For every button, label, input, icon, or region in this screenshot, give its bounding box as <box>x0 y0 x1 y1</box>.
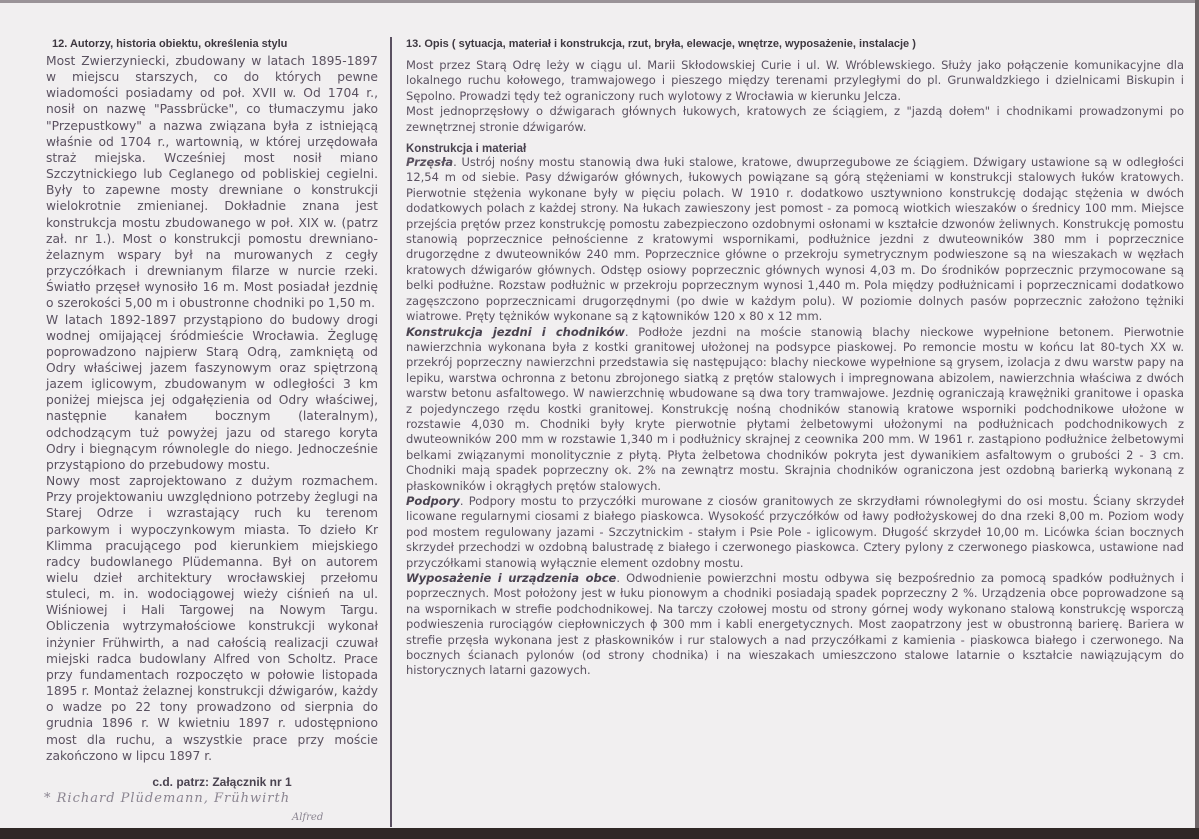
history-paragraph: Nowy most zaprojektowano z dużym rozmach… <box>46 473 378 764</box>
history-section: 12. Autorzy, historia obiektu, określeni… <box>46 38 378 806</box>
section-spans: Przęsła. Ustrój nośny mostu stanowią dwa… <box>406 155 1184 324</box>
construction-subheading: Konstrukcja i materiał <box>406 143 1184 155</box>
section-lead: Wyposażenie i urządzenia obce <box>406 571 616 585</box>
section-text: . Ustrój nośny mostu stanowią dwa łuki s… <box>406 155 1184 323</box>
section-supports: Podpory. Podpory mostu to przyczółki mur… <box>406 494 1184 571</box>
history-heading: 12. Autorzy, historia obiektu, określeni… <box>52 38 378 50</box>
section-roadway: Konstrukcja jezdni i chodników. Podłoże … <box>406 325 1184 494</box>
card-right-edge <box>1195 0 1199 828</box>
column-divider <box>390 37 392 827</box>
intro-paragraph: Most przez Starą Odrę leży w ciągu ul. M… <box>406 58 1184 104</box>
section-lead: Przęsła <box>406 155 453 169</box>
card-top-edge <box>0 0 1199 3</box>
history-paragraph: W latach 1892-1897 przystąpiono do budow… <box>46 312 378 474</box>
intro-paragraph: Most jednoprzęsłowy o dźwigarach głównyc… <box>406 104 1184 135</box>
section-lead: Podpory <box>406 494 460 508</box>
description-section: 13. Opis ( sytuacja, materiał i konstruk… <box>406 38 1184 679</box>
handwritten-note: * Richard Plüdemann, Frühwirth <box>44 791 378 806</box>
description-heading: 13. Opis ( sytuacja, materiał i konstruk… <box>406 38 1184 50</box>
section-equipment: Wyposażenie i urządzenia obce. Odwodnien… <box>406 571 1184 679</box>
history-paragraph: Most Zwierzyniecki, zbudowany w latach 1… <box>46 53 378 312</box>
section-text: . Podłoże jezdni na moście stanowią blac… <box>406 325 1184 493</box>
section-lead: Konstrukcja jezdni i chodników <box>406 325 625 339</box>
handwritten-note-2: Alfred <box>292 812 323 823</box>
continuation-note: c.d. patrz: Załącznik nr 1 <box>66 775 378 789</box>
section-text: . Odwodnienie powierzchni mostu odbywa s… <box>406 571 1184 677</box>
record-card: 12. Autorzy, historia obiektu, określeni… <box>0 0 1199 828</box>
scan-background <box>0 828 1199 839</box>
section-text: . Podpory mostu to przyczółki murowane z… <box>406 494 1184 570</box>
